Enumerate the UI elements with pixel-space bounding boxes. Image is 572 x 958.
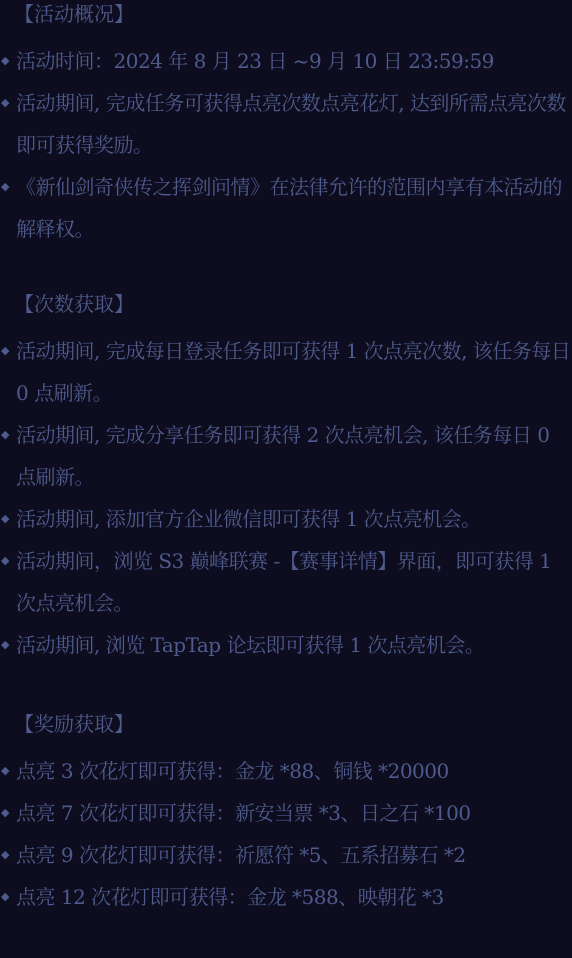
item-text: 活动期间, 完成任务可获得点亮次数点亮花灯, 达到所需点亮次数即可获得奖励。 [16, 82, 572, 166]
section-overview: 【活动概况】 ◆ 活动时间：2024 年 8 月 23 日 ~9 月 10 日 … [0, 0, 572, 250]
list-item: ◆ 活动期间，浏览 S3 巅峰联赛 -【赛事详情】界面，即可获得 1 次点亮机会… [0, 540, 572, 624]
section-title: 【活动概况】 [0, 0, 572, 28]
diamond-bullet-icon: ◆ [1, 624, 9, 666]
list-item: ◆ 活动期间, 完成任务可获得点亮次数点亮花灯, 达到所需点亮次数即可获得奖励。 [0, 82, 572, 166]
item-text: 活动时间：2024 年 8 月 23 日 ~9 月 10 日 23:59:59 [16, 40, 572, 82]
diamond-bullet-icon: ◆ [1, 540, 9, 582]
list-item: ◆ 点亮 3 次花灯即可获得：金龙 *88、铜钱 *20000 [0, 750, 572, 792]
list-item: ◆ 活动期间, 完成每日登录任务即可获得 1 次点亮次数, 该任务每日 0 点刷… [0, 330, 572, 414]
diamond-bullet-icon: ◆ [1, 82, 9, 124]
activity-rules-page: 【活动概况】 ◆ 活动时间：2024 年 8 月 23 日 ~9 月 10 日 … [0, 0, 572, 958]
diamond-bullet-icon: ◆ [1, 330, 9, 372]
list-item: ◆ 活动期间, 完成分享任务即可获得 2 次点亮机会, 该任务每日 0 点刷新。 [0, 414, 572, 498]
list-item: ◆ 活动期间, 添加官方企业微信即可获得 1 次点亮机会。 [0, 498, 572, 540]
item-text: 点亮 3 次花灯即可获得：金龙 *88、铜钱 *20000 [16, 750, 572, 792]
diamond-bullet-icon: ◆ [1, 498, 9, 540]
list-item: ◆ 《新仙剑奇侠传之挥剑问情》在法律允许的范围内享有本活动的解释权。 [0, 166, 572, 250]
item-text: 活动期间, 添加官方企业微信即可获得 1 次点亮机会。 [16, 498, 572, 540]
diamond-bullet-icon: ◆ [1, 834, 9, 876]
item-text: 活动期间, 完成分享任务即可获得 2 次点亮机会, 该任务每日 0 点刷新。 [16, 414, 572, 498]
item-text: 活动期间，浏览 S3 巅峰联赛 -【赛事详情】界面，即可获得 1 次点亮机会。 [16, 540, 572, 624]
section-title: 【奖励获取】 [0, 710, 572, 738]
item-text: 点亮 9 次花灯即可获得：祈愿符 *5、五系招募石 *2 [16, 834, 572, 876]
list-item: ◆ 点亮 9 次花灯即可获得：祈愿符 *5、五系招募石 *2 [0, 834, 572, 876]
diamond-bullet-icon: ◆ [1, 792, 9, 834]
section-count-acquisition: 【次数获取】 ◆ 活动期间, 完成每日登录任务即可获得 1 次点亮次数, 该任务… [0, 290, 572, 666]
diamond-bullet-icon: ◆ [1, 166, 9, 208]
section-reward-acquisition: 【奖励获取】 ◆ 点亮 3 次花灯即可获得：金龙 *88、铜钱 *20000 ◆… [0, 710, 572, 918]
diamond-bullet-icon: ◆ [1, 414, 9, 456]
item-text: 活动期间, 浏览 TapTap 论坛即可获得 1 次点亮机会。 [16, 624, 572, 666]
diamond-bullet-icon: ◆ [1, 40, 9, 82]
item-text: 点亮 12 次花灯即可获得：金龙 *588、映朝花 *3 [16, 876, 572, 918]
item-text: 点亮 7 次花灯即可获得：新安当票 *3、日之石 *100 [16, 792, 572, 834]
diamond-bullet-icon: ◆ [1, 750, 9, 792]
section-title: 【次数获取】 [0, 290, 572, 318]
item-text: 活动期间, 完成每日登录任务即可获得 1 次点亮次数, 该任务每日 0 点刷新。 [16, 330, 572, 414]
list-item: ◆ 活动期间, 浏览 TapTap 论坛即可获得 1 次点亮机会。 [0, 624, 572, 666]
list-item: ◆ 点亮 7 次花灯即可获得：新安当票 *3、日之石 *100 [0, 792, 572, 834]
list-item: ◆ 活动时间：2024 年 8 月 23 日 ~9 月 10 日 23:59:5… [0, 40, 572, 82]
list-item: ◆ 点亮 12 次花灯即可获得：金龙 *588、映朝花 *3 [0, 876, 572, 918]
item-text: 《新仙剑奇侠传之挥剑问情》在法律允许的范围内享有本活动的解释权。 [16, 166, 572, 250]
diamond-bullet-icon: ◆ [1, 876, 9, 918]
